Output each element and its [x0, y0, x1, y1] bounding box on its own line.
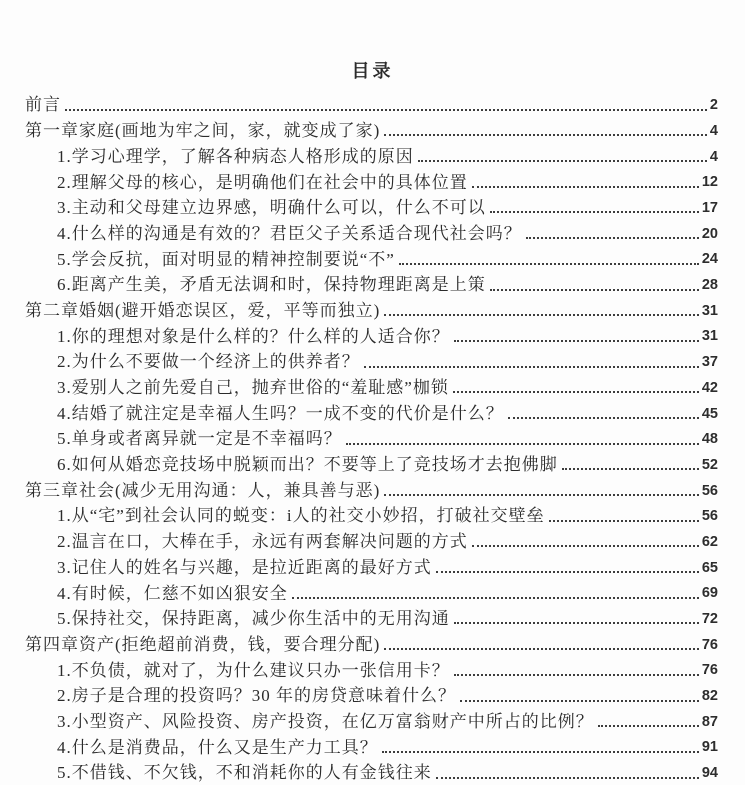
toc-entry-label: 6.距离产生美，矛盾无法调和时，保持物理距离是上策: [57, 274, 486, 295]
toc-section-entry[interactable]: 4.结婚了就注定是幸福人生吗？一成不变的代价是什么？45: [25, 398, 718, 424]
toc-entry-page: 94: [702, 765, 718, 782]
dot-leader: [418, 160, 707, 162]
toc-entry-page: 87: [702, 714, 718, 731]
dot-leader: [399, 263, 699, 265]
dot-leader: [453, 391, 699, 393]
toc-section-entry[interactable]: 2.温言在口，大棒在手，永远有两套解决问题的方式62: [25, 527, 718, 553]
toc-entry-page: 91: [702, 739, 718, 756]
toc-entry-page: 31: [702, 303, 718, 320]
toc-section-entry[interactable]: 3.记住人的姓名与兴趣，是拉近距离的最好方式65: [25, 552, 718, 578]
dot-leader: [384, 648, 699, 650]
toc-entry-label: 第一章家庭(画地为牢之间，家，就变成了家): [25, 120, 380, 141]
dot-leader: [490, 211, 699, 213]
toc-entry-page: 4: [710, 123, 718, 140]
toc-section-entry[interactable]: 5.不借钱、不欠钱，不和消耗你的人有金钱往来94: [25, 758, 718, 784]
toc-section-entry[interactable]: 2.理解父母的核心，是明确他们在社会中的具体位置12: [25, 167, 718, 193]
toc-section-entry[interactable]: 5.保持社交，保持距离，减少你生活中的无用沟通72: [25, 604, 718, 630]
dot-leader: [346, 443, 699, 445]
dot-leader: [65, 109, 707, 111]
dot-leader: [598, 725, 699, 727]
toc-entry-label: 2.房子是合理的投资吗？30 年的房贷意味着什么？: [57, 685, 456, 706]
toc-entry-page: 69: [702, 585, 718, 602]
toc-entry-page: 31: [702, 328, 718, 345]
toc-section-entry[interactable]: 5.学会反抗，面对明显的精神控制要说“不”24: [25, 244, 718, 270]
dot-leader: [526, 237, 699, 239]
toc-entry-label: 5.不借钱、不欠钱，不和消耗你的人有金钱往来: [57, 762, 432, 783]
toc-entry-label: 5.单身或者离异就一定是不幸福吗？: [57, 428, 342, 449]
toc-chapter-entry[interactable]: 第三章社会(减少无用沟通：人，兼具善与恶)56: [25, 475, 718, 501]
toc-entry-page: 82: [702, 688, 718, 705]
dot-leader: [472, 186, 699, 188]
toc-entry-page: 65: [702, 560, 718, 577]
toc-entry-page: 4: [710, 149, 718, 166]
toc-entry-page: 24: [702, 251, 718, 268]
toc-entry-label: 3.小型资产、风险投资、房产投资，在亿万富翁财产中所占的比例？: [57, 711, 594, 732]
toc-entry-label: 第四章资产(拒绝超前消费，钱，要合理分配): [25, 634, 380, 655]
dot-leader: [472, 545, 699, 547]
toc-entry-label: 3.主动和父母建立边界感，明确什么可以，什么不可以: [57, 197, 486, 218]
toc-entry-page: 45: [702, 406, 718, 423]
toc-entry-page: 62: [702, 534, 718, 551]
toc-entry-label: 1.不负债，就对了，为什么建议只办一张信用卡？: [57, 660, 450, 681]
toc-entry-label: 前言: [25, 94, 61, 115]
toc-entry-label: 1.从“宅”到社会认同的蜕变：i人的社交小妙招，打破社交壁垒: [57, 505, 545, 526]
toc-entry-label: 4.什么是消费品，什么又是生产力工具？: [57, 737, 378, 758]
toc-section-entry[interactable]: 4.有时候，仁慈不如凶狠安全69: [25, 578, 718, 604]
dot-leader: [292, 597, 699, 599]
dot-leader: [460, 700, 699, 702]
toc-entry-page: 28: [702, 277, 718, 294]
toc-entry-label: 2.为什么不要做一个经济上的供养者？: [57, 351, 360, 372]
toc-entry-page: 20: [702, 226, 718, 243]
toc-section-entry[interactable]: 3.主动和父母建立边界感，明确什么可以，什么不可以17: [25, 193, 718, 219]
toc-entry-page: 72: [702, 611, 718, 628]
toc-chapter-entry[interactable]: 前言2: [25, 90, 718, 116]
toc-section-entry[interactable]: 5.单身或者离异就一定是不幸福吗？48: [25, 424, 718, 450]
toc-entry-page: 42: [702, 380, 718, 397]
toc-section-entry[interactable]: 3.爱别人之前先爱自己，抛弃世俗的“羞耻感”枷锁42: [25, 373, 718, 399]
toc-list: 前言2第一章家庭(画地为牢之间，家，就变成了家)41.学习心理学，了解各种病态人…: [25, 90, 718, 784]
toc-entry-label: 1.你的理想对象是什么样的？什么样的人适合你？: [57, 326, 450, 347]
toc-entry-page: 56: [702, 483, 718, 500]
dot-leader: [549, 520, 699, 522]
toc-section-entry[interactable]: 4.什么是消费品，什么又是生产力工具？91: [25, 732, 718, 758]
toc-entry-label: 1.学习心理学，了解各种病态人格形成的原因: [57, 146, 414, 167]
toc-entry-label: 5.学会反抗，面对明显的精神控制要说“不”: [57, 249, 395, 270]
toc-entry-label: 5.保持社交，保持距离，减少你生活中的无用沟通: [57, 608, 450, 629]
toc-entry-page: 48: [702, 431, 718, 448]
toc-entry-page: 76: [702, 637, 718, 654]
toc-section-entry[interactable]: 4.什么样的沟通是有效的？君臣父子关系适合现代社会吗？20: [25, 218, 718, 244]
dot-leader: [364, 366, 699, 368]
toc-section-entry[interactable]: 3.小型资产、风险投资、房产投资，在亿万富翁财产中所占的比例？87: [25, 707, 718, 733]
dot-leader: [384, 314, 699, 316]
toc-chapter-entry[interactable]: 第一章家庭(画地为牢之间，家，就变成了家)4: [25, 116, 718, 142]
page-title: 目录: [0, 0, 745, 83]
dot-leader: [454, 340, 699, 342]
dot-leader: [562, 468, 699, 470]
toc-entry-label: 第二章婚姻(避开婚恋误区，爱，平等而独立): [25, 300, 380, 321]
toc-entry-label: 4.什么样的沟通是有效的？君臣父子关系适合现代社会吗？: [57, 223, 522, 244]
toc-section-entry[interactable]: 1.你的理想对象是什么样的？什么样的人适合你？31: [25, 321, 718, 347]
toc-entry-label: 4.有时候，仁慈不如凶狠安全: [57, 583, 288, 604]
toc-entry-label: 4.结婚了就注定是幸福人生吗？一成不变的代价是什么？: [57, 403, 504, 424]
dot-leader: [490, 289, 699, 291]
dot-leader: [384, 494, 699, 496]
toc-entry-page: 2: [710, 97, 718, 114]
toc-section-entry[interactable]: 6.如何从婚恋竞技场中脱颖而出？不要等上了竞技场才去抱佛脚52: [25, 450, 718, 476]
toc-entry-page: 76: [702, 662, 718, 679]
toc-section-entry[interactable]: 1.不负债，就对了，为什么建议只办一张信用卡？76: [25, 655, 718, 681]
toc-entry-label: 第三章社会(减少无用沟通：人，兼具善与恶): [25, 480, 380, 501]
toc-section-entry[interactable]: 2.房子是合理的投资吗？30 年的房贷意味着什么？82: [25, 681, 718, 707]
toc-entry-label: 6.如何从婚恋竞技场中脱颖而出？不要等上了竞技场才去抱佛脚: [57, 454, 558, 475]
dot-leader: [454, 674, 699, 676]
toc-entry-page: 12: [702, 174, 718, 191]
dot-leader: [508, 417, 699, 419]
toc-entry-label: 3.爱别人之前先爱自己，抛弃世俗的“羞耻感”枷锁: [57, 377, 449, 398]
dot-leader: [382, 751, 699, 753]
dot-leader: [436, 571, 699, 573]
dot-leader: [384, 134, 707, 136]
toc-section-entry[interactable]: 2.为什么不要做一个经济上的供养者？37: [25, 347, 718, 373]
toc-entry-label: 3.记住人的姓名与兴趣，是拉近距离的最好方式: [57, 557, 432, 578]
toc-section-entry[interactable]: 6.距离产生美，矛盾无法调和时，保持物理距离是上策28: [25, 270, 718, 296]
toc-entry-page: 52: [702, 457, 718, 474]
toc-entry-page: 56: [702, 508, 718, 525]
toc-section-entry[interactable]: 1.学习心理学，了解各种病态人格形成的原因4: [25, 141, 718, 167]
toc-section-entry[interactable]: 1.从“宅”到社会认同的蜕变：i人的社交小妙招，打破社交壁垒56: [25, 501, 718, 527]
dot-leader: [454, 622, 699, 624]
toc-chapter-entry[interactable]: 第四章资产(拒绝超前消费，钱，要合理分配)76: [25, 629, 718, 655]
toc-entry-label: 2.理解父母的核心，是明确他们在社会中的具体位置: [57, 172, 468, 193]
dot-leader: [436, 777, 699, 779]
toc-entry-label: 2.温言在口，大棒在手，永远有两套解决问题的方式: [57, 531, 468, 552]
toc-entry-page: 17: [702, 200, 718, 217]
document-page: 目录 前言2第一章家庭(画地为牢之间，家，就变成了家)41.学习心理学，了解各种…: [0, 0, 745, 785]
toc-chapter-entry[interactable]: 第二章婚姻(避开婚恋误区，爱，平等而独立)31: [25, 296, 718, 322]
toc-entry-page: 37: [702, 354, 718, 371]
